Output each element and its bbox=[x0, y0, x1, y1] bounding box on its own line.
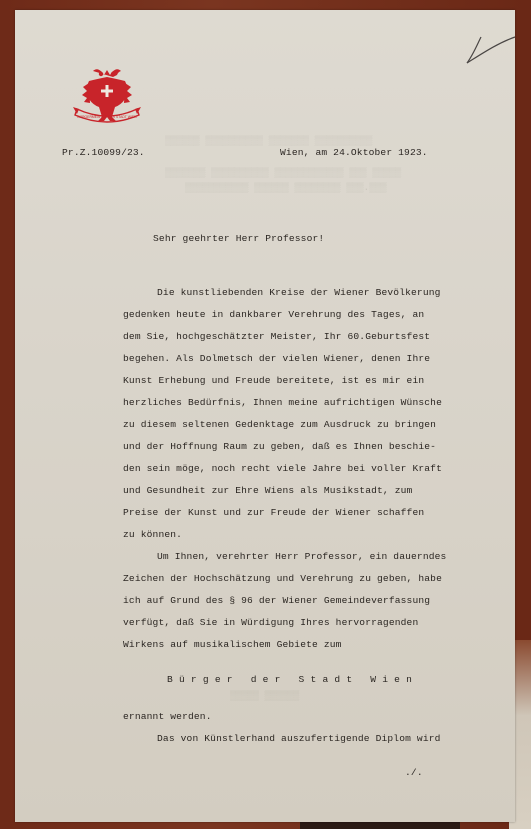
reference-number: Pr.Z.10099/23. bbox=[62, 147, 145, 159]
conferred-title: Bürger der Stadt Wien bbox=[167, 674, 418, 686]
appointment-line: ernannt werden. bbox=[123, 711, 212, 723]
desk-shadow bbox=[300, 822, 460, 829]
text-line: Die kunstliebenden Kreise der Wiener Bev… bbox=[157, 287, 441, 299]
text-line: und der Hoffnung Raum zu geben, daß es I… bbox=[123, 441, 436, 453]
text-line: Zeichen der Hochschätzung und Verehrung … bbox=[123, 573, 442, 585]
show-through-text: ▒▒▒▒▒ ▒▒▒▒▒▒ bbox=[230, 690, 299, 702]
text-line: Wirkens auf musikalischem Gebiete zum bbox=[123, 639, 342, 651]
text-line: zu können. bbox=[123, 529, 182, 541]
text-line: begehen. Als Dolmetsch der vielen Wiener… bbox=[123, 353, 430, 365]
crest-scroll-text: BÜRGERMEISTER DER STADT WIEN bbox=[77, 115, 137, 119]
paragraph-3: Das von Künstlerhand auszufertigende Dip… bbox=[157, 733, 441, 745]
text-line: verfügt, daß Sie in Würdigung Ihres herv… bbox=[123, 617, 418, 629]
text-line: Preise der Kunst und zur Freude der Wien… bbox=[123, 507, 424, 519]
show-through-text: ▒▒▒▒▒▒▒ ▒▒▒▒▒▒▒▒▒▒ ▒▒▒▒▒▒▒▒▒▒▒▒ ▒▒▒ ▒▒▒▒… bbox=[165, 167, 401, 179]
text-line: herzliches Bedürfnis, Ihnen meine aufric… bbox=[123, 397, 442, 409]
text-line: Kunst Erhebung und Freude bereitete, ist… bbox=[123, 375, 424, 387]
place-and-date: Wien, am 24.Oktober 1923. bbox=[280, 147, 428, 159]
text-line: ich auf Grund des § 96 der Wiener Gemein… bbox=[123, 595, 430, 607]
show-through-text: ▒▒▒▒▒▒▒▒▒▒▒ ▒▒▒▒▒▒ ▒▒▒▒▒▒▒▒ ▒▒▒.▒▒▒ bbox=[185, 182, 387, 194]
vienna-crest-icon: BÜRGERMEISTER DER STADT WIEN bbox=[71, 65, 143, 127]
text-line: den sein möge, noch recht viele Jahre be… bbox=[123, 463, 442, 475]
text-line: gedenken heute in dankbarer Verehrung de… bbox=[123, 309, 424, 321]
continuation-mark: ./. bbox=[405, 767, 423, 779]
text-line: zu diesem seltenen Gedenktage zum Ausdru… bbox=[123, 419, 436, 431]
text-line: und Gesundheit zur Ehre Wiens als Musiks… bbox=[123, 485, 412, 497]
show-through-text: ▒▒▒▒▒▒ ▒▒▒▒▒▒▒▒▒▒ ▒▒▒▒▒▒▒ ▒▒▒▒▒▒▒▒▒▒ bbox=[165, 135, 372, 147]
text-line: Um Ihnen, verehrter Herr Professor, ein … bbox=[157, 551, 446, 563]
letter-page: BÜRGERMEISTER DER STADT WIEN ▒▒▒▒▒▒ ▒▒▒▒… bbox=[15, 10, 515, 822]
pencil-check-mark-icon bbox=[463, 25, 523, 70]
text-line: dem Sie, hochgeschätzter Meister, Ihr 60… bbox=[123, 331, 430, 343]
salutation: Sehr geehrter Herr Professor! bbox=[153, 233, 324, 245]
